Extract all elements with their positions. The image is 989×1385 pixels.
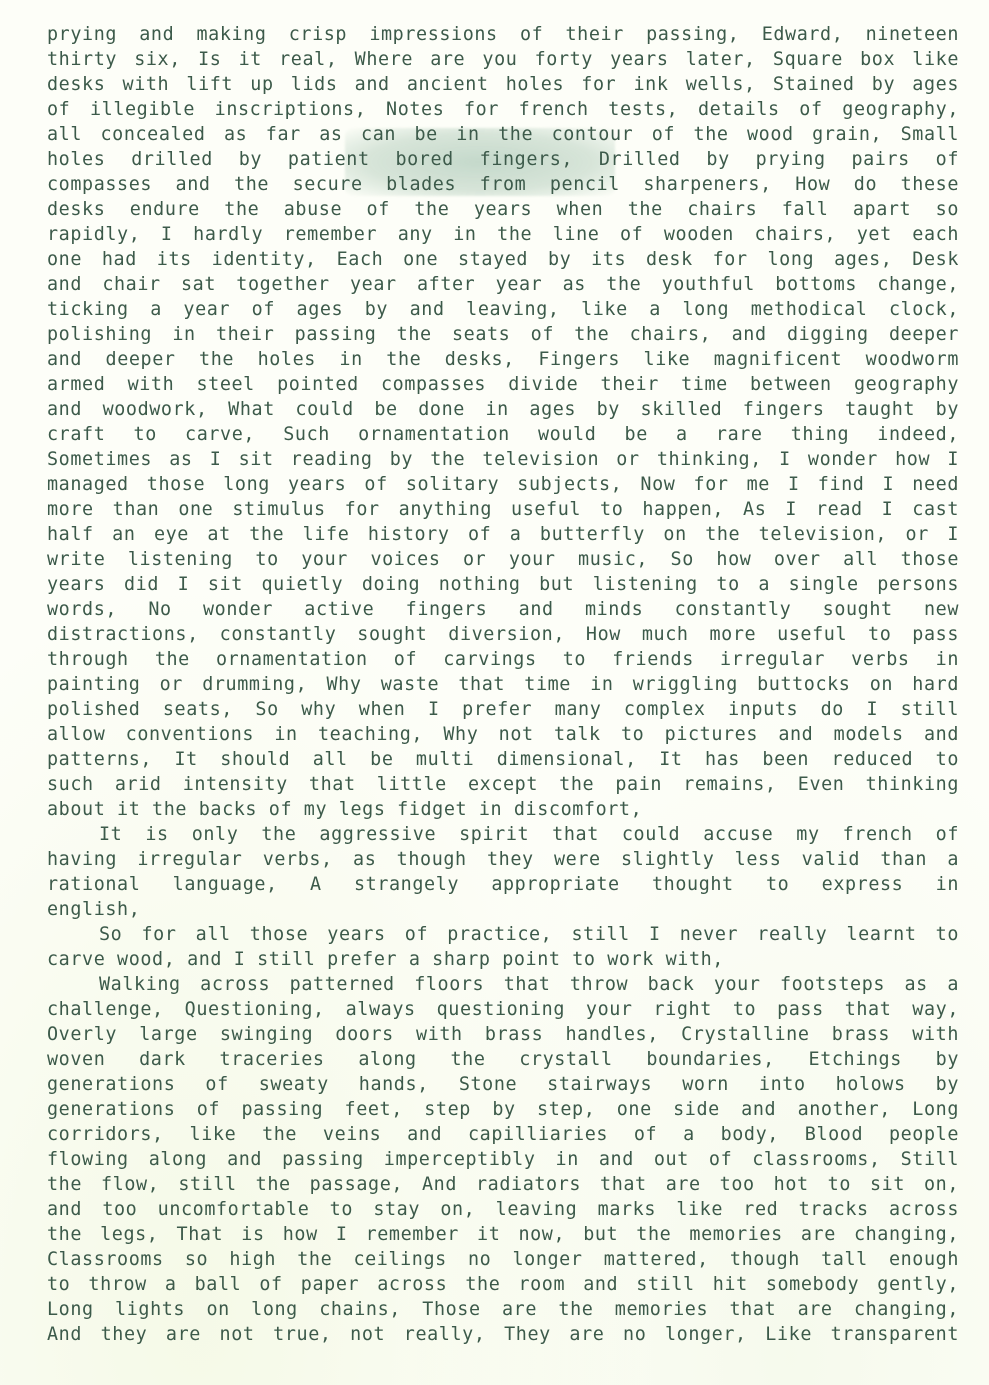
text-line: craft to carve, Such ornamentation would… (47, 422, 959, 447)
document-body: prying and making crisp impressions of t… (47, 22, 959, 1347)
text-line: flowing along and passing imperceptibly … (47, 1147, 959, 1172)
text-line: Classrooms so high the ceilings no longe… (47, 1247, 959, 1272)
scanned-page: prying and making crisp impressions of t… (0, 0, 989, 1385)
text-line: armed with steel pointed compasses divid… (47, 372, 959, 397)
text-line: thirty six, Is it real, Where are you fo… (47, 47, 959, 72)
text-line: prying and making crisp impressions of t… (47, 22, 959, 47)
text-line: english, (47, 897, 959, 922)
text-line: holes drilled by patient bored fingers, … (47, 147, 959, 172)
text-line: such arid intensity that little except t… (47, 772, 959, 797)
text-line: generations of passing feet, step by ste… (47, 1097, 959, 1122)
text-line: allow conventions in teaching, Why not t… (47, 722, 959, 747)
text-line: through the ornamentation of carvings to… (47, 647, 959, 672)
text-line: and too uncomfortable to stay on, leavin… (47, 1197, 959, 1222)
text-line: painting or drumming, Why waste that tim… (47, 672, 959, 697)
text-line: Long lights on long chains, Those are th… (47, 1297, 959, 1322)
text-line: having irregular verbs, as though they w… (47, 847, 959, 872)
text-line: managed those long years of solitary sub… (47, 472, 959, 497)
text-line: polished seats, So why when I prefer man… (47, 697, 959, 722)
text-line: carve wood, and I still prefer a sharp p… (47, 947, 959, 972)
text-line: half an eye at the life history of a but… (47, 522, 959, 547)
text-line: So for all those years of practice, stil… (47, 922, 959, 947)
text-line: and woodwork, What could be done in ages… (47, 397, 959, 422)
text-line: write listening to your voices or your m… (47, 547, 959, 572)
text-line: Overly large swinging doors with brass h… (47, 1022, 959, 1047)
text-line: Walking across patterned floors that thr… (47, 972, 959, 997)
text-line: and deeper the holes in the desks, Finge… (47, 347, 959, 372)
text-line: all concealed as far as can be in the co… (47, 122, 959, 147)
text-line: And they are not true, not really, They … (47, 1322, 959, 1347)
text-line: ticking a year of ages by and leaving, l… (47, 297, 959, 322)
text-line: desks endure the abuse of the years when… (47, 197, 959, 222)
text-line: distractions, constantly sought diversio… (47, 622, 959, 647)
text-line: to throw a ball of paper across the room… (47, 1272, 959, 1297)
text-line: woven dark traceries along the crystall … (47, 1047, 959, 1072)
text-line: challenge, Questioning, always questioni… (47, 997, 959, 1022)
text-line: years did I sit quietly doing nothing bu… (47, 572, 959, 597)
paragraph: So for all those years of practice, stil… (47, 922, 959, 972)
text-line: about it the backs of my legs fidget in … (47, 797, 959, 822)
text-line: one had its identity, Each one stayed by… (47, 247, 959, 272)
text-line: generations of sweaty hands, Stone stair… (47, 1072, 959, 1097)
text-line: corridors, like the veins and capilliari… (47, 1122, 959, 1147)
paragraph: Walking across patterned floors that thr… (47, 972, 959, 1347)
text-line: the legs, That is how I remember it now,… (47, 1222, 959, 1247)
text-line: of illegible inscriptions, Notes for fre… (47, 97, 959, 122)
text-line: more than one stimulus for anything usef… (47, 497, 959, 522)
text-line: rapidly, I hardly remember any in the li… (47, 222, 959, 247)
text-line: the flow, still the passage, And radiato… (47, 1172, 959, 1197)
text-line: rational language, A strangely appropria… (47, 872, 959, 897)
text-line: compasses and the secure blades from pen… (47, 172, 959, 197)
text-line: It is only the aggressive spirit that co… (47, 822, 959, 847)
paragraph: It is only the aggressive spirit that co… (47, 822, 959, 922)
paragraph: prying and making crisp impressions of t… (47, 22, 959, 822)
text-line: Sometimes as I sit reading by the televi… (47, 447, 959, 472)
text-line: and chair sat together year after year a… (47, 272, 959, 297)
text-line: patterns, It should all be multi dimensi… (47, 747, 959, 772)
text-line: polishing in their passing the seats of … (47, 322, 959, 347)
text-line: words, No wonder active fingers and mind… (47, 597, 959, 622)
text-line: desks with lift up lids and ancient hole… (47, 72, 959, 97)
